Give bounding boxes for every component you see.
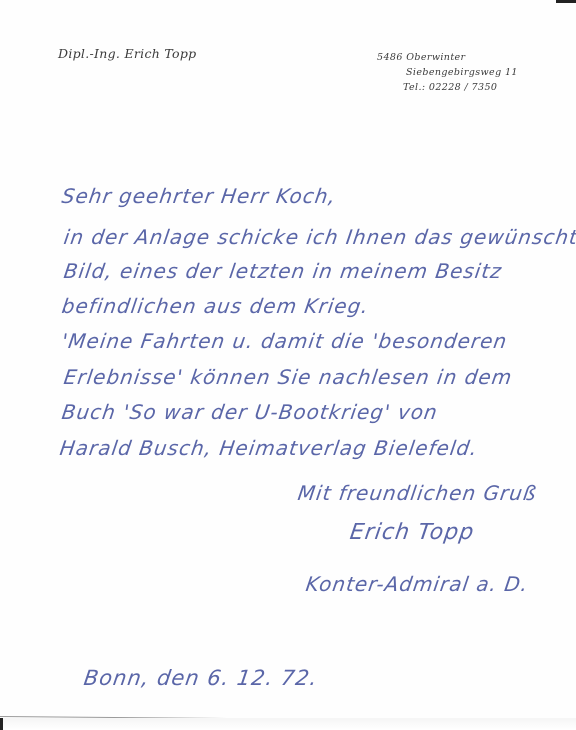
scan-bottom-margin xyxy=(0,718,576,730)
letterhead-address-street: Siebengebirgsweg 11 xyxy=(406,67,518,78)
letter-page: Dipl.-Ing. Erich Topp 5486 Oberwinter Si… xyxy=(0,0,576,730)
scan-edge-top xyxy=(556,0,576,3)
letterhead-name: Dipl.-Ing. Erich Topp xyxy=(58,46,196,61)
body-line-4: 'Meine Fahrten u. damit die 'besonderen xyxy=(60,329,509,353)
body-line-1: in der Anlage schicke ich Ihnen das gewü… xyxy=(62,225,576,249)
body-line-3: befindlichen aus dem Krieg. xyxy=(60,294,370,318)
body-line-6: Buch 'So war der U-Bootkrieg' von xyxy=(60,400,439,424)
place-date: Bonn, den 6. 12. 72. xyxy=(82,666,319,690)
body-line-5: Erlebnisse' können Sie nachlesen in dem xyxy=(62,365,514,389)
signature-rank: Konter-Admiral a. D. xyxy=(304,572,530,596)
signature: Erich Topp xyxy=(348,520,476,545)
body-line-2: Bild, eines der letzten in meinem Besitz xyxy=(62,259,503,283)
closing: Mit freundlichen Gruß xyxy=(296,481,538,505)
letterhead-phone: Tel.: 02228 / 7350 xyxy=(403,82,497,93)
body-line-7: Harald Busch, Heimatverlag Bielefeld. xyxy=(58,436,479,460)
scan-edge-mark xyxy=(0,718,3,730)
salutation: Sehr geehrter Herr Koch, xyxy=(60,184,337,208)
letterhead-address-city: 5486 Oberwinter xyxy=(377,52,466,63)
